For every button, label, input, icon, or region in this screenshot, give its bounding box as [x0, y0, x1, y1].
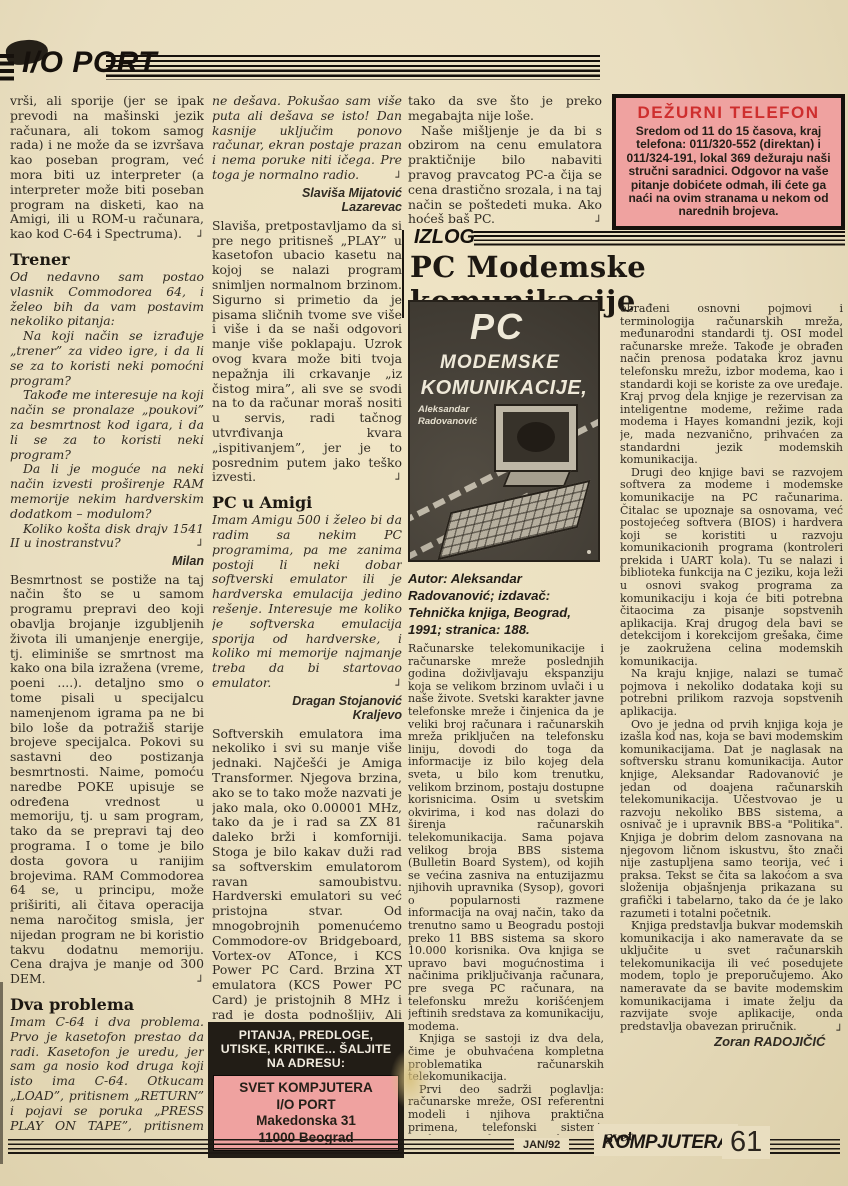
article-author-signature: Zoran RADOJIČIĆ [620, 1035, 843, 1050]
letter-signature: Dragan StojanovićKraljevo [212, 694, 402, 723]
letter-signature: Milan [10, 554, 204, 569]
cover-dot-mark [587, 550, 591, 554]
address-box: PITANJA, PREDLOGE, UTISKE, KRITIKE... ŠA… [208, 1022, 404, 1158]
paragraph: Naše mišljenje je da bi s obzirom na cen… [408, 124, 602, 228]
end-of-item-mark: ┘ [395, 679, 402, 692]
cover-author-name: Aleksandar Radovanović [418, 404, 482, 428]
paragraph: Na kraju knjige, nalazi se tumač pojmova… [620, 668, 843, 718]
computer-monitor-illustration [494, 404, 578, 472]
magazine-page: I/O PORT DEŽURNI TELEFON Sredom od 11 do… [0, 0, 848, 1186]
paragraph: Slaviša, pretpostavljamo da si pre nego … [212, 219, 402, 485]
paragraph: Na koji način se izrađuje „trener” za vi… [10, 329, 204, 388]
magazine-logo: Svet KOMPJUTERA [594, 1124, 738, 1156]
end-of-item-mark: ┘ [395, 171, 402, 184]
paragraph: Koliko košta disk drajv 1541 II u inostr… [10, 522, 204, 552]
section-bars-icon [0, 54, 14, 84]
paragraph: tako da sve što je preko megabajta nije … [408, 94, 602, 124]
paragraph: Softverskih emulatora ima nekoliko i svi… [212, 727, 402, 1020]
paragraph: Knjiga se sastoji iz dva dela, čime je o… [408, 1033, 604, 1083]
letters-column-2: ne dešava. Pokušao sam više puta ali deš… [212, 94, 402, 1020]
end-of-item-mark: ┘ [582, 215, 602, 228]
monitor-screen [503, 412, 569, 462]
paragraph: Imam C-64 i dva problema. Prvo je kaseto… [10, 1015, 204, 1134]
cover-title-line3: KOMUNIKACIJE, [412, 377, 596, 400]
paragraph: Računarske telekomunikacije i računarske… [408, 643, 604, 1033]
article-column-2: obrađeni osnovni pojmovi i terminologija… [620, 303, 843, 1103]
cover-title-line1: PC [410, 306, 584, 348]
paragraph: Prvi deo sadrži poglavlja: računarske mr… [408, 1084, 604, 1135]
page-edge-mark [0, 982, 3, 1164]
paragraph: Imam Amigu 500 i želeo bi da radim sa ne… [212, 513, 402, 691]
paragraph: Takođe me interesuje na koji način se pr… [10, 388, 204, 462]
end-of-item-mark: ┘ [184, 539, 204, 552]
duty-phone-title: DEŽURNI TELEFON [622, 103, 835, 123]
paper-stain [390, 1048, 430, 1110]
monitor-base [503, 470, 572, 487]
duty-phone-inner: DEŽURNI TELEFON Sredom od 11 do 15 časov… [614, 96, 843, 228]
cover-title-line2: MODEMSKE [410, 352, 590, 374]
letter-heading-trener: Trener [10, 251, 204, 268]
footer-issue-date: JAN/92 [514, 1138, 569, 1152]
end-of-item-mark: ┘ [825, 1024, 843, 1037]
masthead-rule-lines [106, 55, 600, 80]
paragraph: ne dešava. Pokušao sam više puta ali deš… [212, 94, 402, 183]
paragraph: Knjiga predstavlja bukvar modemskih komu… [620, 920, 843, 1033]
izlog-rule-lines [474, 231, 845, 247]
letter-heading-dva-problema: Dva problema [10, 996, 204, 1013]
paragraph: Besmrtnost se postiže na taj način što s… [10, 573, 204, 987]
paragraph: obrađeni osnovni pojmovi i terminologija… [620, 303, 843, 467]
address-street: Makedonska 31 [214, 1113, 398, 1130]
paragraph: Ovo je jedna od prvih knjiga koja je iza… [620, 719, 843, 921]
izlog-section-label: IZLOG [414, 226, 475, 249]
address-name: SVET KOMPJUTERA [214, 1080, 398, 1097]
letter-heading-pc-u-amigi: PC u Amigi [212, 494, 402, 511]
letter-signature: Slaviša MijatovićLazarevac [212, 186, 402, 215]
page-number: 61 [722, 1126, 770, 1159]
address-box-heading: PITANJA, PREDLOGE, UTISKE, KRITIKE... ŠA… [213, 1028, 399, 1070]
letters-column-3-top: tako da sve što je preko megabajta nije … [408, 94, 602, 234]
end-of-item-mark: ┘ [395, 473, 402, 486]
letters-column-1: vrši, ali sporije (jer se ipak prevodi n… [10, 94, 204, 1134]
end-of-item-mark: ┘ [197, 975, 204, 988]
duty-phone-text: Sredom od 11 do 15 časova, kraj telefona… [622, 125, 835, 219]
paragraph: Drugi deo knjige bavi se razvojem softve… [620, 467, 843, 669]
paragraph: Da li je moguće na neki način izvesti pr… [10, 462, 204, 521]
duty-phone-box: DEŽURNI TELEFON Sredom od 11 do 15 časov… [612, 94, 845, 230]
address-dept: I/O PORT [214, 1097, 398, 1114]
article-column-1: Računarske telekomunikacije i računarske… [408, 643, 604, 1135]
book-cover-image: PC MODEMSKE KOMUNIKACIJE, Aleksandar Rad… [408, 300, 600, 562]
paragraph: vrši, ali sporije (jer se ipak prevodi n… [10, 94, 204, 242]
column-rule [402, 230, 404, 318]
monitor-screen-blob [517, 422, 555, 452]
end-of-item-mark: ┘ [197, 230, 204, 243]
paragraph: Od nedavno sam postao vlasnik Commodorea… [10, 270, 204, 329]
book-caption: Autor: Aleksandar Radovanović; izdavač: … [408, 570, 590, 638]
